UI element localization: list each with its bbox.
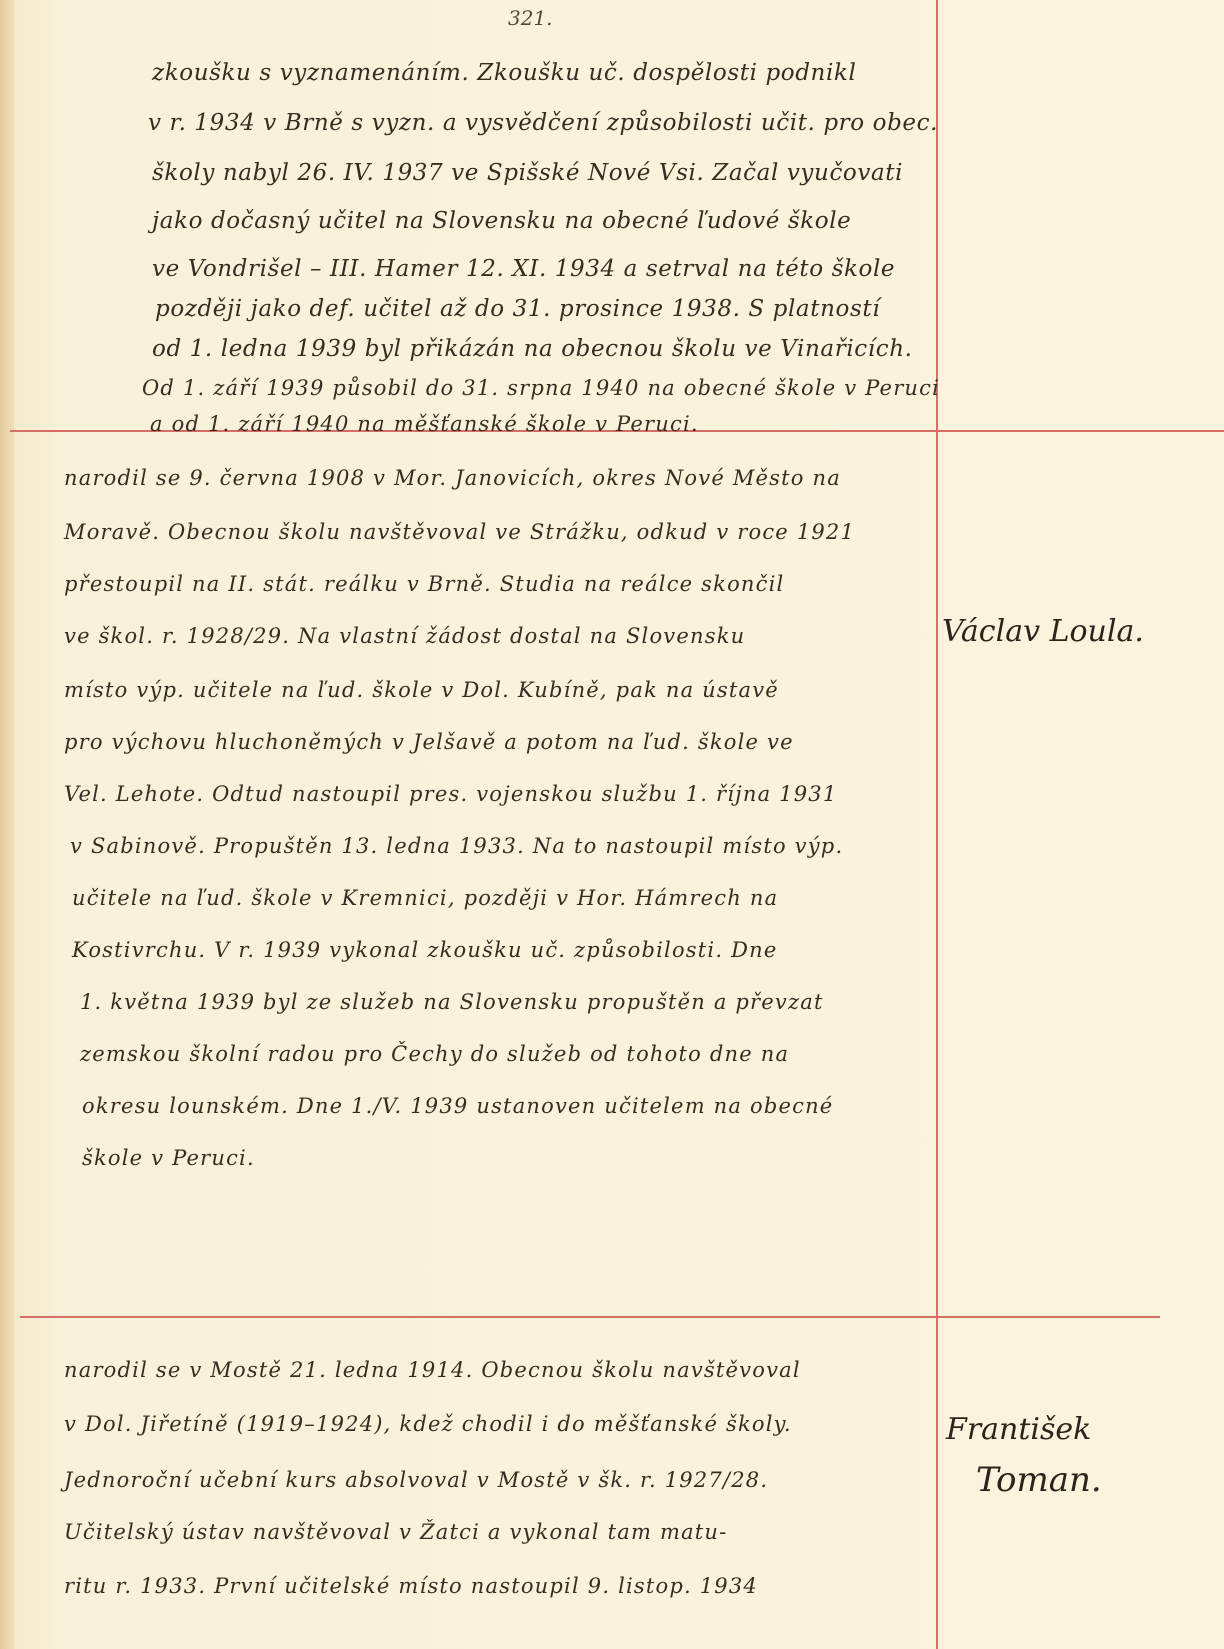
text-line: narodil se v Mostě 21. ledna 1914. Obecn… bbox=[64, 1358, 801, 1382]
text-line: okresu lounském. Dne 1./V. 1939 ustanove… bbox=[82, 1094, 833, 1118]
text-line: Učitelský ústav navštěvoval v Žatci a vy… bbox=[64, 1520, 727, 1544]
text-line: jako dočasný učitel na Slovensku na obec… bbox=[152, 208, 851, 234]
text-line: v Sabinově. Propuštěn 13. ledna 1933. Na… bbox=[70, 834, 843, 858]
column-divider bbox=[936, 0, 938, 1649]
text-line: zkoušku s vyznamenáním. Zkoušku uč. dosp… bbox=[152, 60, 856, 86]
text-line: učitele na ľud. škole v Kremnici, pozděj… bbox=[72, 886, 778, 910]
text-line: místo výp. učitele na ľud. škole v Dol. … bbox=[64, 678, 779, 702]
text-line: v r. 1934 v Brně s vyzn. a vysvědčení zp… bbox=[148, 110, 938, 136]
text-line: Jednoroční učební kurs absolvoval v Most… bbox=[64, 1468, 768, 1492]
text-line: školy nabyl 26. IV. 1937 ve Spišské Nové… bbox=[152, 160, 903, 186]
text-line: pro výchovu hluchoněmých v Jelšavě a pot… bbox=[64, 730, 794, 754]
text-line: v Dol. Jiřetíně (1919–1924), kdež chodil… bbox=[64, 1412, 792, 1436]
ledger-page: 321. zkoušku s vyznamenáním. Zkoušku uč.… bbox=[0, 0, 1224, 1649]
text-line: ve škol. r. 1928/29. Na vlastní žádost d… bbox=[64, 624, 745, 648]
text-line: Kostivrchu. V r. 1939 vykonal zkoušku uč… bbox=[72, 938, 777, 962]
text-line: od 1. ledna 1939 byl přikázán na obecnou… bbox=[152, 336, 913, 362]
text-line: škole v Peruci. bbox=[82, 1146, 255, 1170]
text-line: ritu r. 1933. První učitelské místo nast… bbox=[64, 1574, 758, 1598]
teacher-surname-toman: Toman. bbox=[976, 1460, 1102, 1500]
text-line: 1. května 1939 byl ze služeb na Slovensk… bbox=[80, 990, 824, 1014]
teacher-first-name-toman: František bbox=[946, 1412, 1091, 1447]
teacher-name-loula: Václav Loula. bbox=[942, 614, 1144, 649]
text-line: a od 1. září 1940 na měšťanské škole v P… bbox=[150, 412, 699, 436]
text-line: Moravě. Obecnou školu navštěvoval ve Str… bbox=[64, 520, 855, 544]
text-line: přestoupil na II. stát. reálku v Brně. S… bbox=[64, 572, 784, 596]
text-line: ve Vondrišel – III. Hamer 12. XI. 1934 a… bbox=[152, 256, 895, 282]
text-line: zemskou školní radou pro Čechy do služeb… bbox=[80, 1042, 789, 1066]
text-line: narodil se 9. června 1908 v Mor. Janovic… bbox=[64, 466, 841, 490]
entry-separator-2 bbox=[20, 1316, 1160, 1318]
text-line: Od 1. září 1939 působil do 31. srpna 194… bbox=[142, 376, 940, 400]
text-line: Vel. Lehote. Odtud nastoupil pres. vojen… bbox=[64, 782, 837, 806]
text-line: později jako def. učitel až do 31. prosi… bbox=[155, 296, 880, 322]
binding-edge bbox=[0, 0, 14, 1649]
page-number: 321. bbox=[508, 6, 553, 30]
